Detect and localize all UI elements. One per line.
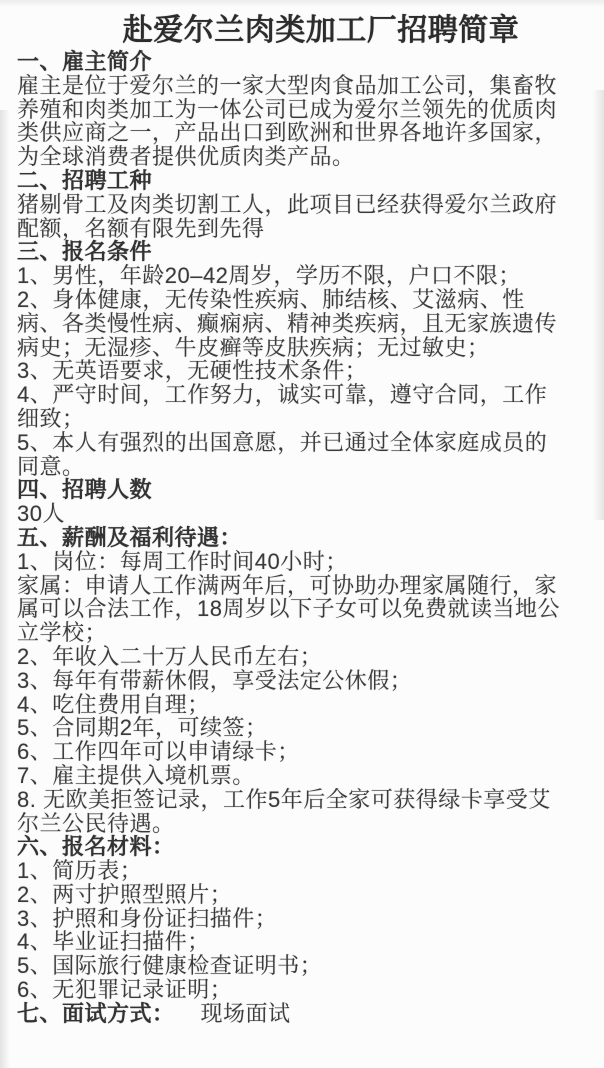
text-line: 配额，名额有限先到先得 [17, 217, 594, 241]
text-line: 养殖和肉类加工为一体公司已成为爱尔兰领先的优质肉 [17, 98, 594, 122]
section-inline-value: 现场面试 [201, 1001, 291, 1026]
text-line: 2、身体健康，无传染性疾病、肺结核、艾滋病、性 [17, 288, 594, 312]
text-line: 6、工作四年可以申请绿卡； [17, 740, 594, 764]
text-line: 3、每年有带薪休假，享受法定公休假； [17, 669, 594, 693]
text-line: 5、本人有强烈的出国意愿，并已通过全体家庭成员的 [17, 431, 594, 455]
document-section: 六、报名材料：1、简历表；2、两寸护照型照片；3、护照和身份证扫描件；4、毕业证… [17, 835, 594, 1002]
text-line: 4、吃住费用自理； [17, 693, 594, 717]
section-heading: 四、招聘人数 [17, 478, 594, 502]
text-line: 立学校； [17, 621, 594, 645]
text-line: 1、简历表； [17, 859, 594, 883]
document-section: 二、招聘工种猪剔骨工及肉类切割工人，此项目已经获得爱尔兰政府配额，名额有限先到先… [17, 169, 594, 240]
document-section: 一、雇主简介雇主是位于爱尔兰的一家大型肉食品加工公司，集畜牧养殖和肉类加工为一体… [17, 50, 594, 169]
text-line: 猪剔骨工及肉类切割工人，此项目已经获得爱尔兰政府 [17, 193, 594, 217]
text-line: 5、国际旅行健康检查证明书； [17, 954, 594, 978]
document-section: 七、面试方式：现场面试 [17, 1002, 594, 1026]
text-line: 为全球消费者提供优质肉类产品。 [17, 145, 594, 169]
text-line: 3、护照和身份证扫描件； [17, 907, 594, 931]
text-line: 6、无犯罪记录证明； [17, 978, 594, 1002]
document-section: 三、报名条件1、男性，年龄20–42周岁，学历不限，户口不限；2、身体健康，无传… [17, 240, 594, 478]
document-body: 一、雇主简介雇主是位于爱尔兰的一家大型肉食品加工公司，集畜牧养殖和肉类加工为一体… [0, 50, 604, 1026]
section-heading: 六、报名材料： [17, 835, 594, 859]
section-heading: 五、薪酬及福利待遇： [17, 526, 594, 550]
text-line: 病、各类慢性病、癫痫病、精神类疾病，且无家族遗传 [17, 312, 594, 336]
text-line: 30人 [17, 502, 594, 526]
text-line: 4、严守时间，工作努力，诚实可靠，遵守合同，工作 [17, 383, 594, 407]
text-line: 3、无英语要求，无硬性技术条件； [17, 359, 594, 383]
text-line: 2、年收入二十万人民币左右； [17, 645, 594, 669]
text-line: 2、两寸护照型照片； [17, 883, 594, 907]
document-section: 五、薪酬及福利待遇：1、岗位：每周工作时间40小时；家属：申请人工作满两年后，可… [17, 526, 594, 835]
text-line: 家属：申请人工作满两年后，可协助办理家属随行，家 [17, 574, 594, 598]
text-line: 5、合同期2年，可续签； [17, 716, 594, 740]
section-heading: 三、报名条件 [17, 240, 594, 264]
text-line: 细致； [17, 407, 594, 431]
text-line: 尔兰公民待遇。 [17, 812, 594, 836]
text-line: 1、岗位：每周工作时间40小时； [17, 550, 594, 574]
text-line: 属可以合法工作，18周岁以下子女可以免费就读当地公 [17, 597, 594, 621]
section-heading: 二、招聘工种 [17, 169, 594, 193]
text-line: 病史；无湿疹、牛皮癣等皮肤疾病；无过敏史； [17, 336, 594, 360]
section-heading: 七、面试方式：现场面试 [17, 1002, 594, 1026]
text-line: 7、雇主提供入境机票。 [17, 764, 594, 788]
text-line: 同意。 [17, 455, 594, 479]
document-page: 赴爱尔兰肉类加工厂招聘简章 一、雇主简介雇主是位于爱尔兰的一家大型肉食品加工公司… [0, 0, 604, 1068]
document-title: 赴爱尔兰肉类加工厂招聘简章 [0, 0, 604, 50]
text-line: 4、毕业证扫描件； [17, 930, 594, 954]
text-line: 8. 无欧美拒签记录，工作5年后全家可获得绿卡享受艾 [17, 788, 594, 812]
text-line: 1、男性，年龄20–42周岁，学历不限，户口不限； [17, 264, 594, 288]
text-line: 雇主是位于爱尔兰的一家大型肉食品加工公司，集畜牧 [17, 74, 594, 98]
document-section: 四、招聘人数30人 [17, 478, 594, 526]
section-heading: 一、雇主简介 [17, 50, 594, 74]
text-line: 类供应商之一，产品出口到欧洲和世界各地许多国家， [17, 121, 594, 145]
